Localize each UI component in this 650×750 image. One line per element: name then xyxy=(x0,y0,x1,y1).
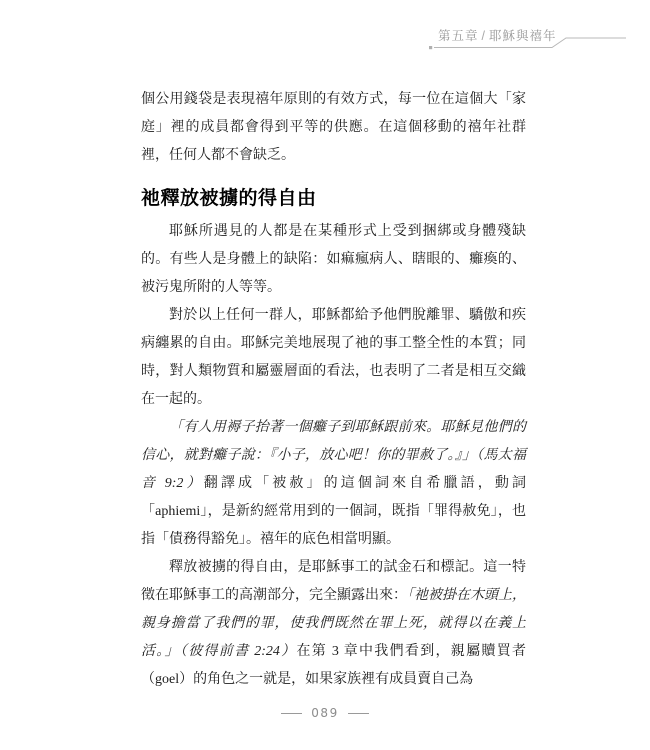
section-heading: 祂釋放被擄的得自由 xyxy=(141,186,526,212)
scripture-quote-matthew: 「有人用褥子抬著一個癱子到耶穌跟前來。耶穌見他們的信心，就對癱子說：『小子，放心… xyxy=(141,420,526,463)
paragraph-peter-quote: 釋放被擄的得自由，是耶穌事工的試金石和標記。這一特徵在耶穌事工的高潮部分，完全顯… xyxy=(141,554,526,694)
footer-rule-right xyxy=(348,713,369,714)
opening-paragraph: 個公用錢袋是表現禧年原則的有效方式，每一位在這個大「家庭」裡的成員都會得到平等的… xyxy=(141,86,526,170)
header-rule-decoration xyxy=(429,36,629,52)
footer: 089 xyxy=(0,706,650,720)
book-page: 第五章/耶穌與禧年 個公用錢袋是表現禧年原則的有效方式，每一位在這個大「家庭」裡… xyxy=(0,0,650,750)
paragraph-bondage: 耶穌所遇見的人都是在某種形式上受到捆綁或身體殘缺的。有些人是身體上的缺陷：如痲瘋… xyxy=(141,218,526,302)
paragraph-matthew-quote: 「有人用褥子抬著一個癱子到耶穌跟前來。耶穌見他們的信心，就對癱子說：『小子，放心… xyxy=(141,414,526,554)
scripture-reference-peter: （彼得前書 2:24） xyxy=(180,644,297,659)
content-area: 個公用錢袋是表現禧年原則的有效方式，每一位在這個大「家庭」裡的成員都會得到平等的… xyxy=(141,86,526,694)
paragraph-freedom: 對於以上任何一群人，耶穌都給予他們脫離罪、驕傲和疾病纏累的自由。耶穌完美地展現了… xyxy=(141,302,526,414)
page-number: 089 xyxy=(311,706,338,720)
footer-rule-left xyxy=(281,713,302,714)
